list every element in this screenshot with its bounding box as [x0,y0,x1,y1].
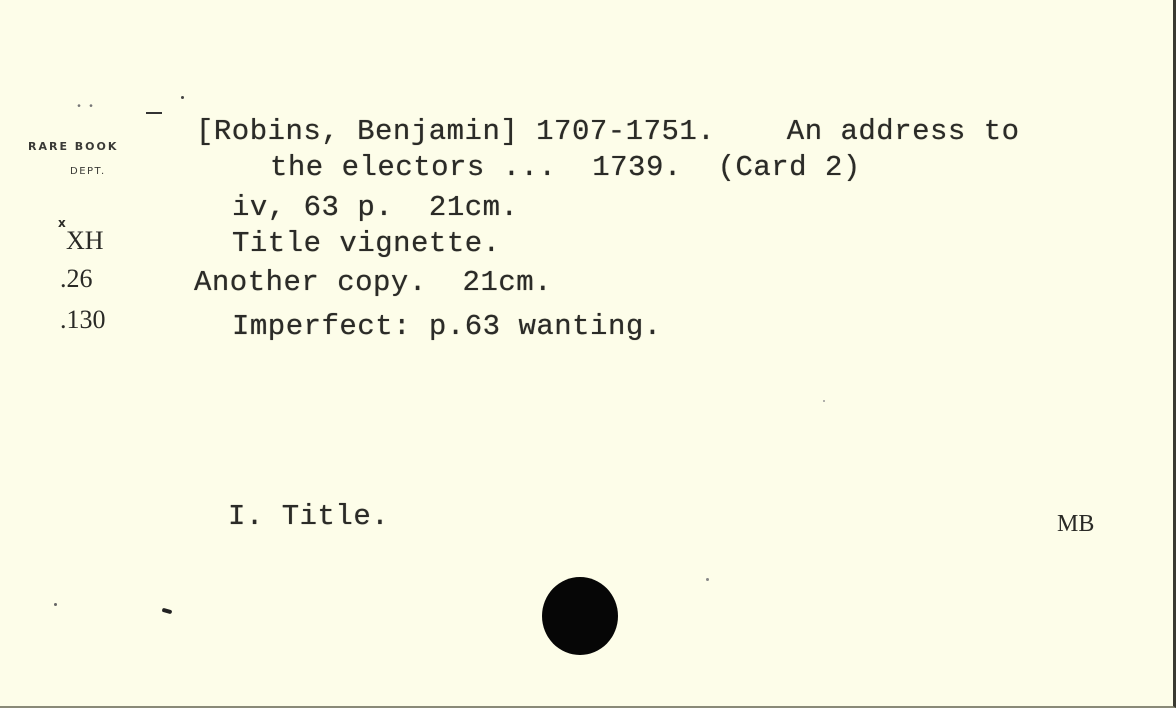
entry-note-line: Title vignette. [232,229,501,258]
entry-imperfect-line: Imperfect: p.63 wanting. [232,312,662,341]
call-number-line-2: .26 [60,266,93,292]
entry-another-copy-line: Another copy. 21cm. [194,268,552,297]
stray-marks: • • [76,102,94,113]
punch-hole [542,577,618,655]
call-number-line-1: XH [66,228,104,254]
department-stamp-line2: DEPT. [70,166,106,177]
tracing: I. Title. [228,502,389,531]
smudge [162,608,173,614]
lead-dash [146,112,162,114]
catalog-card: • • RARE BOOK DEPT. x XH .26 .130 [Robin… [0,0,1176,708]
call-number-line-3: .130 [60,307,106,333]
department-stamp-line1: RARE BOOK [28,140,118,153]
call-number-mark: x [58,216,66,230]
speck [181,96,184,99]
speck [823,400,825,402]
speck [54,603,57,606]
entry-collation-line: iv, 63 p. 21cm. [232,193,518,222]
entry-title-line: the electors ... 1739. (Card 2) [270,153,861,182]
speck [706,578,709,581]
library-code: MB [1057,512,1094,536]
entry-heading-line: [Robins, Benjamin] 1707-1751. An address… [196,117,1020,146]
